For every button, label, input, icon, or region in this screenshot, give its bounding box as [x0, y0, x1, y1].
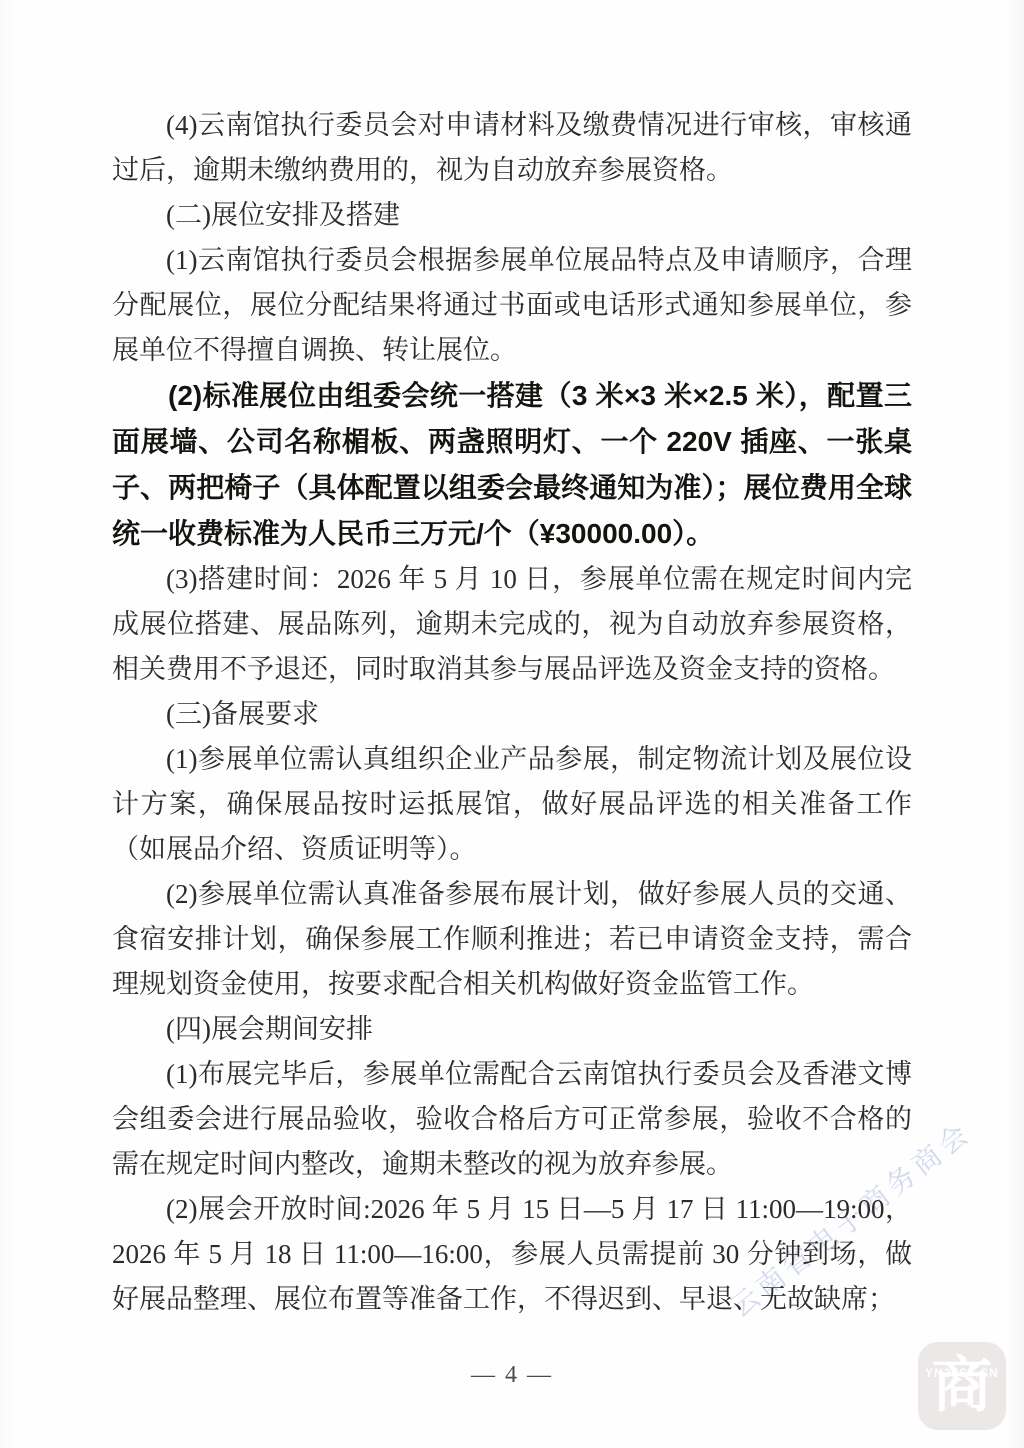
paragraph: (4)云南馆执行委员会对申请材料及缴费情况进行审核，审核通过后，逾期未缴纳费用的…	[112, 103, 912, 193]
shang-logo-glyph: 商	[918, 1342, 1006, 1430]
paragraph-bold-fee: (2)标准展位由组委会统一搭建（3 米×3 米×2.5 米），配置三面展墙、公司…	[112, 373, 912, 557]
paragraph: (2)参展单位需认真准备参展布展计划，做好参展人员的交通、食宿安排计划，确保参展…	[112, 872, 912, 1007]
paragraph: (1)参展单位需认真组织企业产品参展，制定物流计划及展位设计方案，确保展品按时运…	[112, 737, 912, 872]
section-heading: (二)展位安排及搭建	[112, 193, 912, 238]
logo-caption: YN21ST.CN	[925, 1366, 999, 1380]
section-heading: (四)展会期间安排	[112, 1007, 912, 1052]
paragraph: (1)云南馆执行委员会根据参展单位展品特点及申请顺序，合理分配展位，展位分配结果…	[112, 238, 912, 373]
paragraph: (3)搭建时间：2026 年 5 月 10 日，参展单位需在规定时间内完成展位搭…	[112, 557, 912, 692]
document-body: (4)云南馆执行委员会对申请材料及缴费情况进行审核，审核通过后，逾期未缴纳费用的…	[112, 103, 912, 1322]
paragraph: (2)展会开放时间:2026 年 5 月 15 日—5 月 17 日 11:00…	[112, 1187, 912, 1322]
logo-badge: 商 YN21ST.CN	[918, 1342, 1006, 1430]
page-number: — 4 —	[0, 1362, 1024, 1389]
paragraph: (1)布展完毕后，参展单位需配合云南馆执行委员会及香港文博会组委会进行展品验收，…	[112, 1052, 912, 1187]
document-page: 云南省电子商务商会 (4)云南馆执行委员会对申请材料及缴费情况进行审核，审核通过…	[0, 0, 1024, 1448]
section-heading: (三)备展要求	[112, 692, 912, 737]
